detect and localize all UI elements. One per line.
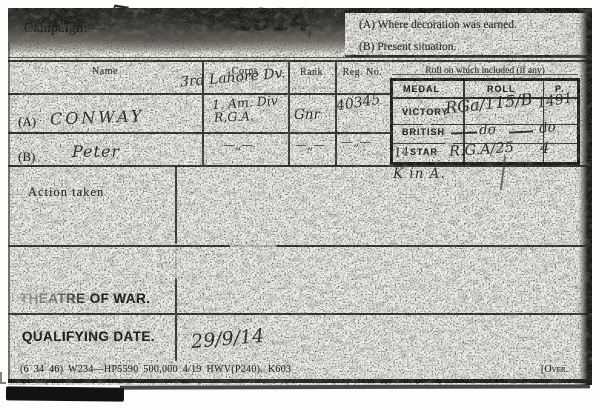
- medal-victory-label: VICTORY: [402, 107, 449, 117]
- card-bottom-edge: [8, 379, 592, 383]
- over-label: [Over.: [541, 364, 568, 375]
- row-b-label: (B): [18, 149, 35, 165]
- scanned-medal-index-card: Campaign: — 7 1914 (A) Where decoration …: [0, 0, 600, 410]
- card-body: Campaign: — 7 1914 (A) Where decoration …: [8, 8, 592, 385]
- card-left-edge: [8, 42, 10, 382]
- victory-page-ref: 1491: [536, 90, 574, 111]
- qualifying-date-label: QUALIFYING DATE.: [22, 329, 155, 344]
- british-page-ditto: do: [538, 119, 556, 137]
- ditto-mark-reg: —„—: [341, 135, 371, 149]
- column-header-rank: Rank: [288, 67, 335, 78]
- scan-dark-strip: [120, 384, 590, 389]
- pen-dash: [509, 130, 533, 133]
- handwritten-corps-line2: R.G.A.: [214, 108, 254, 124]
- roll-table: MEDAL ROLL P. VICTORY RGa/115/B 1491 BRI…: [390, 78, 580, 165]
- star-page-ref: 4: [540, 139, 550, 157]
- rule-line: [8, 60, 592, 62]
- column-header-name: Name: [8, 66, 202, 77]
- year-heading: 1914: [233, 1, 310, 38]
- victory-roll-ref: RGa/115/B: [444, 89, 533, 117]
- ditto-mark-rank: —„—: [295, 138, 325, 152]
- rule-line: [8, 132, 390, 134]
- handwritten-surname: Conway: [50, 106, 145, 128]
- column-line: [175, 165, 177, 361]
- where-decoration-earned-label: (A) Where decoration was earned.: [359, 19, 517, 31]
- handwritten-reg-no: 40345: [335, 92, 382, 115]
- medal-british-label: BRITISH: [402, 127, 445, 137]
- card-right-edge: [579, 8, 592, 385]
- roll-table-title: Roll on which included (if any): [390, 66, 580, 76]
- rule-line: [8, 313, 592, 315]
- scan-ink-blob: [6, 386, 124, 401]
- handwritten-14-prefix: 14: [393, 144, 410, 160]
- killed-in-action-note: K in A.: [393, 166, 446, 182]
- rule-line: [8, 245, 592, 247]
- decoration-box: (A) Where decoration was earned. (B) Pre…: [345, 8, 592, 57]
- rule-line: [8, 57, 592, 58]
- handwritten-forename: Peter: [72, 142, 120, 161]
- medal-star-label: STAR: [410, 147, 438, 157]
- scan-corner-mark: [0, 372, 6, 384]
- column-header-reg-no: Reg. No.: [335, 67, 390, 78]
- row-a-label: (A): [18, 114, 36, 130]
- printer-imprint: (6 34 46) W234—HP5590 500,000 4/19 HWV(P…: [20, 364, 291, 375]
- handwritten-rank: Gnr: [294, 107, 320, 123]
- action-taken-label: Action taken: [28, 185, 104, 200]
- roll-header-medal: MEDAL: [403, 84, 440, 94]
- rule-line: [8, 93, 390, 95]
- british-roll-ditto: do: [479, 122, 497, 139]
- handwritten-qualifying-date: 29/9/14: [190, 325, 265, 353]
- campaign-label: Campaign: —: [24, 20, 106, 36]
- ditto-mark-corps: —„—: [223, 138, 253, 152]
- present-situation-label: (B) Present situation.: [359, 41, 456, 53]
- theatre-of-war-label: THEATRE OF WAR.: [20, 291, 150, 306]
